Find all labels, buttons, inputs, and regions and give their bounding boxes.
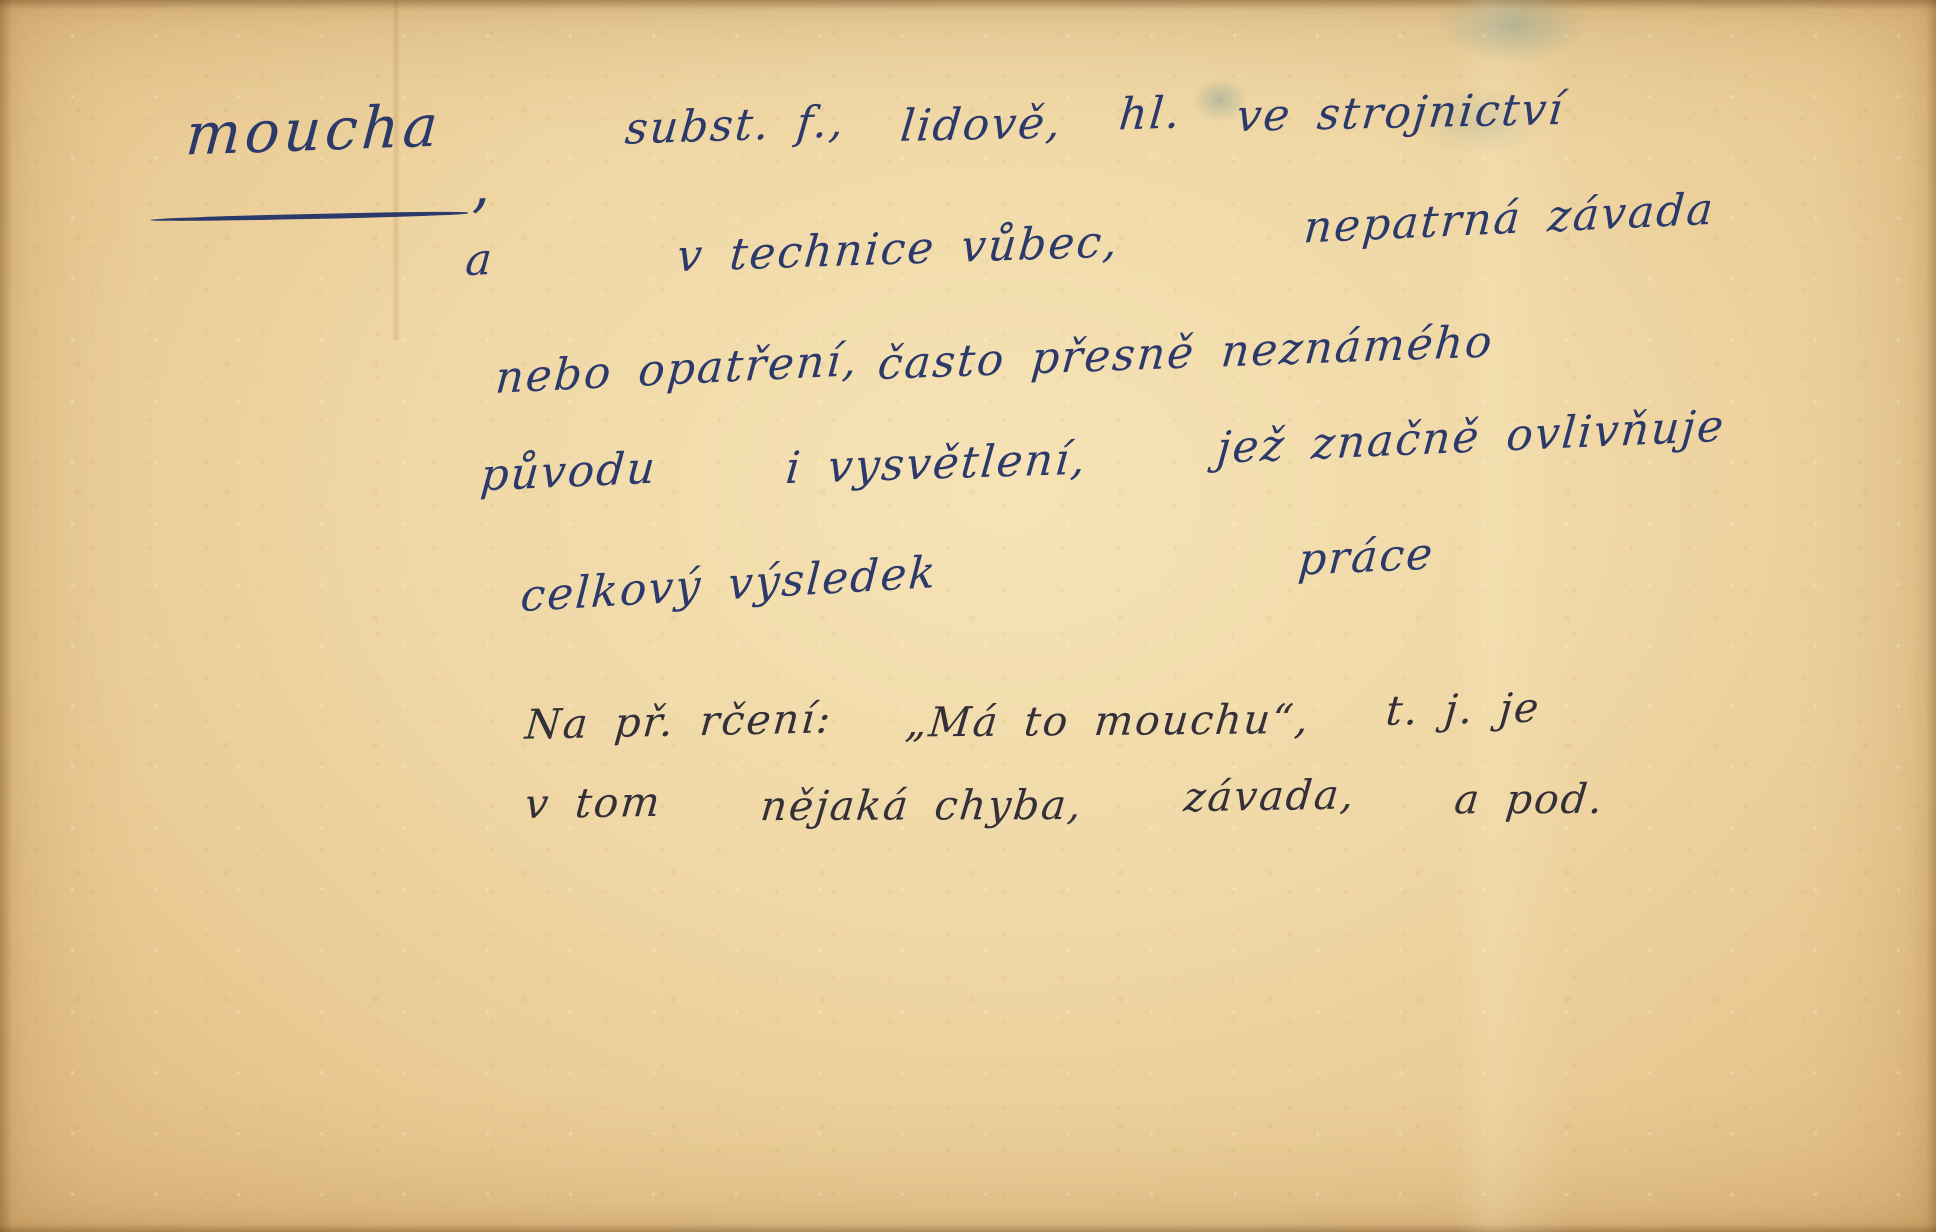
handwritten-word-group: a — [464, 234, 496, 286]
handwritten-word-group: hl. — [1117, 87, 1184, 140]
handwritten-word-group: závada, — [1182, 770, 1358, 821]
handwritten-word-group: v tom — [523, 778, 664, 828]
paper-crease-band — [1452, 0, 1572, 1232]
headword: moucha — [184, 91, 444, 168]
paper-crease — [392, 0, 400, 340]
handwritten-word-group: práce — [1296, 528, 1436, 585]
handwritten-word-group: lidově, — [898, 97, 1065, 152]
index-card: moucha , subst. f., lidově, hl. ve stroj… — [0, 0, 1936, 1232]
handwritten-word-group: „Má to mouchu“, — [904, 695, 1313, 747]
handwritten-word-group: Na př. rčení: — [523, 694, 834, 748]
paper-edge-left — [0, 0, 12, 1232]
paper-edge-bottom — [0, 1224, 1936, 1232]
paper-edge-right — [1926, 0, 1936, 1232]
handwritten-word-group: ve strojnictví — [1234, 84, 1567, 142]
handwritten-word-group: t. j. je — [1384, 684, 1542, 735]
handwritten-word-group: nějaká chyba, — [759, 781, 1086, 830]
handwritten-word-group: původu — [479, 443, 659, 502]
paper-edge-top — [0, 0, 1936, 10]
handwritten-word-group: subst. f., — [623, 96, 848, 154]
handwritten-word-group: a pod. — [1453, 775, 1607, 824]
handwritten-word-group: i vysvětlení, — [783, 434, 1089, 495]
paper-texture — [0, 0, 1936, 1232]
